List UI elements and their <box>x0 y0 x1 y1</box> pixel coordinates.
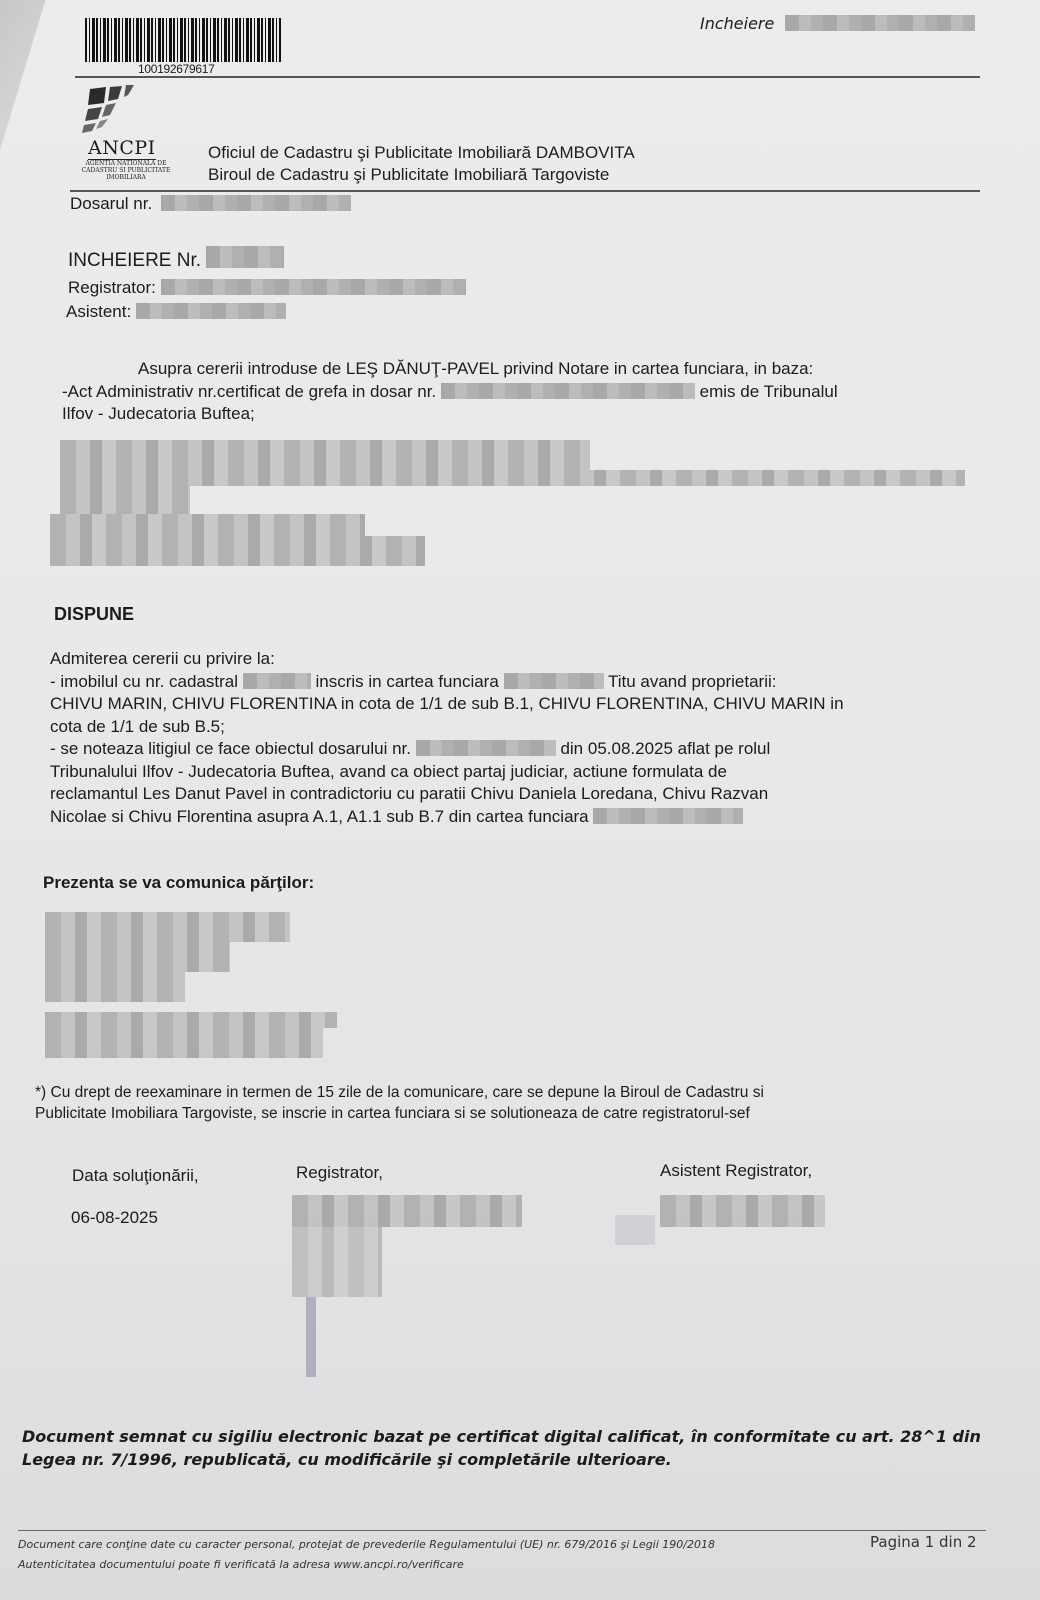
dosar-number: Dosarul nr. <box>70 194 351 214</box>
intro-line-2-b: emis de Tribunalul <box>700 382 838 401</box>
redacted-party <box>45 912 290 942</box>
resolution-date-label: Data soluţionării, <box>72 1165 199 1188</box>
dispune-line-5-b: din 05.08.2025 aflat pe rolul <box>560 739 770 758</box>
reexamination-notice: *) Cu drept de reexaminare in termen de … <box>35 1082 995 1124</box>
header-doc-type: Incheiere <box>700 14 975 33</box>
redacted-block <box>60 486 190 514</box>
dispune-line-8: Nicolae si Chivu Florentina asupra A.1, … <box>50 806 980 829</box>
registrator-row: Registrator: <box>68 278 466 298</box>
seal-line-2: Legea nr. 7/1996, republicată, cu modifi… <box>22 1448 1002 1471</box>
dispune-line-6: Tribunalului Ilfov - Judecatoria Buftea,… <box>50 761 980 784</box>
redacted-doc-number <box>785 15 975 31</box>
dispune-line-2-b: inscris in cartea funciara <box>316 672 499 691</box>
ancpi-logo-icon <box>80 85 140 145</box>
redacted-incheiere-number <box>206 246 284 268</box>
footer-text: Document care conţine date cu caracter p… <box>18 1535 715 1575</box>
electronic-seal-notice: Document semnat cu sigiliu electronic ba… <box>22 1425 1002 1471</box>
logo-subtitle: AGENTIA NATIONALA DE CADASTRU SI PUBLICI… <box>74 160 178 181</box>
dispune-heading: DISPUNE <box>54 603 134 626</box>
seal-line-1: Document semnat cu sigiliu electronic ba… <box>22 1425 1002 1448</box>
redacted-party <box>45 1012 337 1028</box>
redacted-block <box>50 514 365 536</box>
incheiere-title-label: INCHEIERE Nr. <box>68 250 201 271</box>
asistent-signature-label: Asistent Registrator, <box>660 1160 812 1183</box>
office-header: Oficiul de Cadastru şi Publicitate Imobi… <box>208 142 635 186</box>
intro-line-1: Asupra cererii introduse de LEŞ DĂNUŢ-PA… <box>62 358 982 381</box>
footer-line-1: Document care conţine date cu caracter p… <box>18 1535 715 1555</box>
redacted-cadastral-number <box>243 673 311 689</box>
dispune-line-7: reclamantul Les Danut Pavel in contradic… <box>50 783 980 806</box>
redacted-case-number <box>441 383 695 399</box>
document-page: 100192679617 Incheiere ANCPI AGENTIA NAT… <box>0 0 1040 1600</box>
signature-stroke <box>306 1297 316 1377</box>
dispune-line-4: cota de 1/1 de sub B.5; <box>50 716 980 739</box>
resolution-date: 06-08-2025 <box>71 1207 158 1230</box>
header-divider <box>75 76 980 78</box>
incheiere-title: INCHEIERE Nr. <box>68 246 284 272</box>
registrator-signature-label: Registrator, <box>296 1162 383 1185</box>
logo-acronym: ANCPI <box>88 137 156 160</box>
header-doc-type-label: Incheiere <box>700 14 774 33</box>
signature-stroke <box>615 1215 655 1245</box>
dispune-line-2-c: Titu avand proprietarii: <box>608 672 777 691</box>
office-line-1: Oficiul de Cadastru şi Publicitate Imobi… <box>208 142 635 164</box>
redacted-block <box>50 536 425 566</box>
parties-heading: Prezenta se va comunica părţilor: <box>43 872 314 895</box>
dispune-line-5-a: - se noteaza litigiul ce face obiectul d… <box>50 739 411 758</box>
office-line-2: Biroul de Cadastru şi Publicitate Imobil… <box>208 164 635 186</box>
footer-divider <box>18 1530 986 1531</box>
redacted-land-book-number <box>504 673 604 689</box>
notice-line-2: Publicitate Imobiliara Targoviste, se in… <box>35 1103 995 1124</box>
redacted-block <box>60 470 965 486</box>
asistent-label: Asistent: <box>66 302 131 321</box>
redacted-asistent-name <box>136 303 286 319</box>
registrator-label: Registrator: <box>68 278 156 297</box>
intro-paragraph: Asupra cererii introduse de LEŞ DĂNUŢ-PA… <box>62 358 982 426</box>
redacted-asistent-signature <box>660 1195 825 1227</box>
redacted-party <box>45 1028 323 1058</box>
dispune-line-3: CHIVU MARIN, CHIVU FLORENTINA in cota de… <box>50 693 980 716</box>
page-curl <box>0 0 70 150</box>
intro-line-3: Ilfov - Judecatoria Buftea; <box>62 403 982 426</box>
barcode <box>85 18 281 62</box>
page-number: Pagina 1 din 2 <box>870 1533 977 1551</box>
redacted-registrator-name <box>161 279 466 295</box>
office-divider <box>70 190 980 192</box>
asistent-row: Asistent: <box>66 302 286 322</box>
redacted-litigation-number <box>416 740 556 756</box>
footer-line-2: Autenticitatea documentului poate fi ver… <box>18 1555 715 1575</box>
intro-line-2: -Act Administrativ nr.certificat de gref… <box>62 381 982 404</box>
dosar-label: Dosarul nr. <box>70 194 152 213</box>
redacted-land-book-number-2 <box>593 808 743 824</box>
dispune-line-1: Admiterea cererii cu privire la: <box>50 648 980 671</box>
redacted-party <box>45 942 230 972</box>
dispune-line-5: - se noteaza litigiul ce face obiectul d… <box>50 738 980 761</box>
notice-line-1: *) Cu drept de reexaminare in termen de … <box>35 1082 995 1103</box>
dispune-line-2-a: - imobilul cu nr. cadastral <box>50 672 238 691</box>
dispune-paragraph: Admiterea cererii cu privire la: - imobi… <box>50 648 980 828</box>
redacted-block <box>60 440 590 470</box>
barcode-number: 100192679617 <box>138 62 215 76</box>
redacted-dosar-number <box>161 195 351 211</box>
redacted-registrator-signature <box>292 1227 382 1297</box>
intro-line-2-a: -Act Administrativ nr.certificat de gref… <box>62 382 436 401</box>
redacted-party <box>45 972 185 1002</box>
redacted-registrator-signature <box>292 1195 522 1227</box>
dispune-line-8-text: Nicolae si Chivu Florentina asupra A.1, … <box>50 807 589 826</box>
dispune-line-2: - imobilul cu nr. cadastral inscris in c… <box>50 671 980 694</box>
